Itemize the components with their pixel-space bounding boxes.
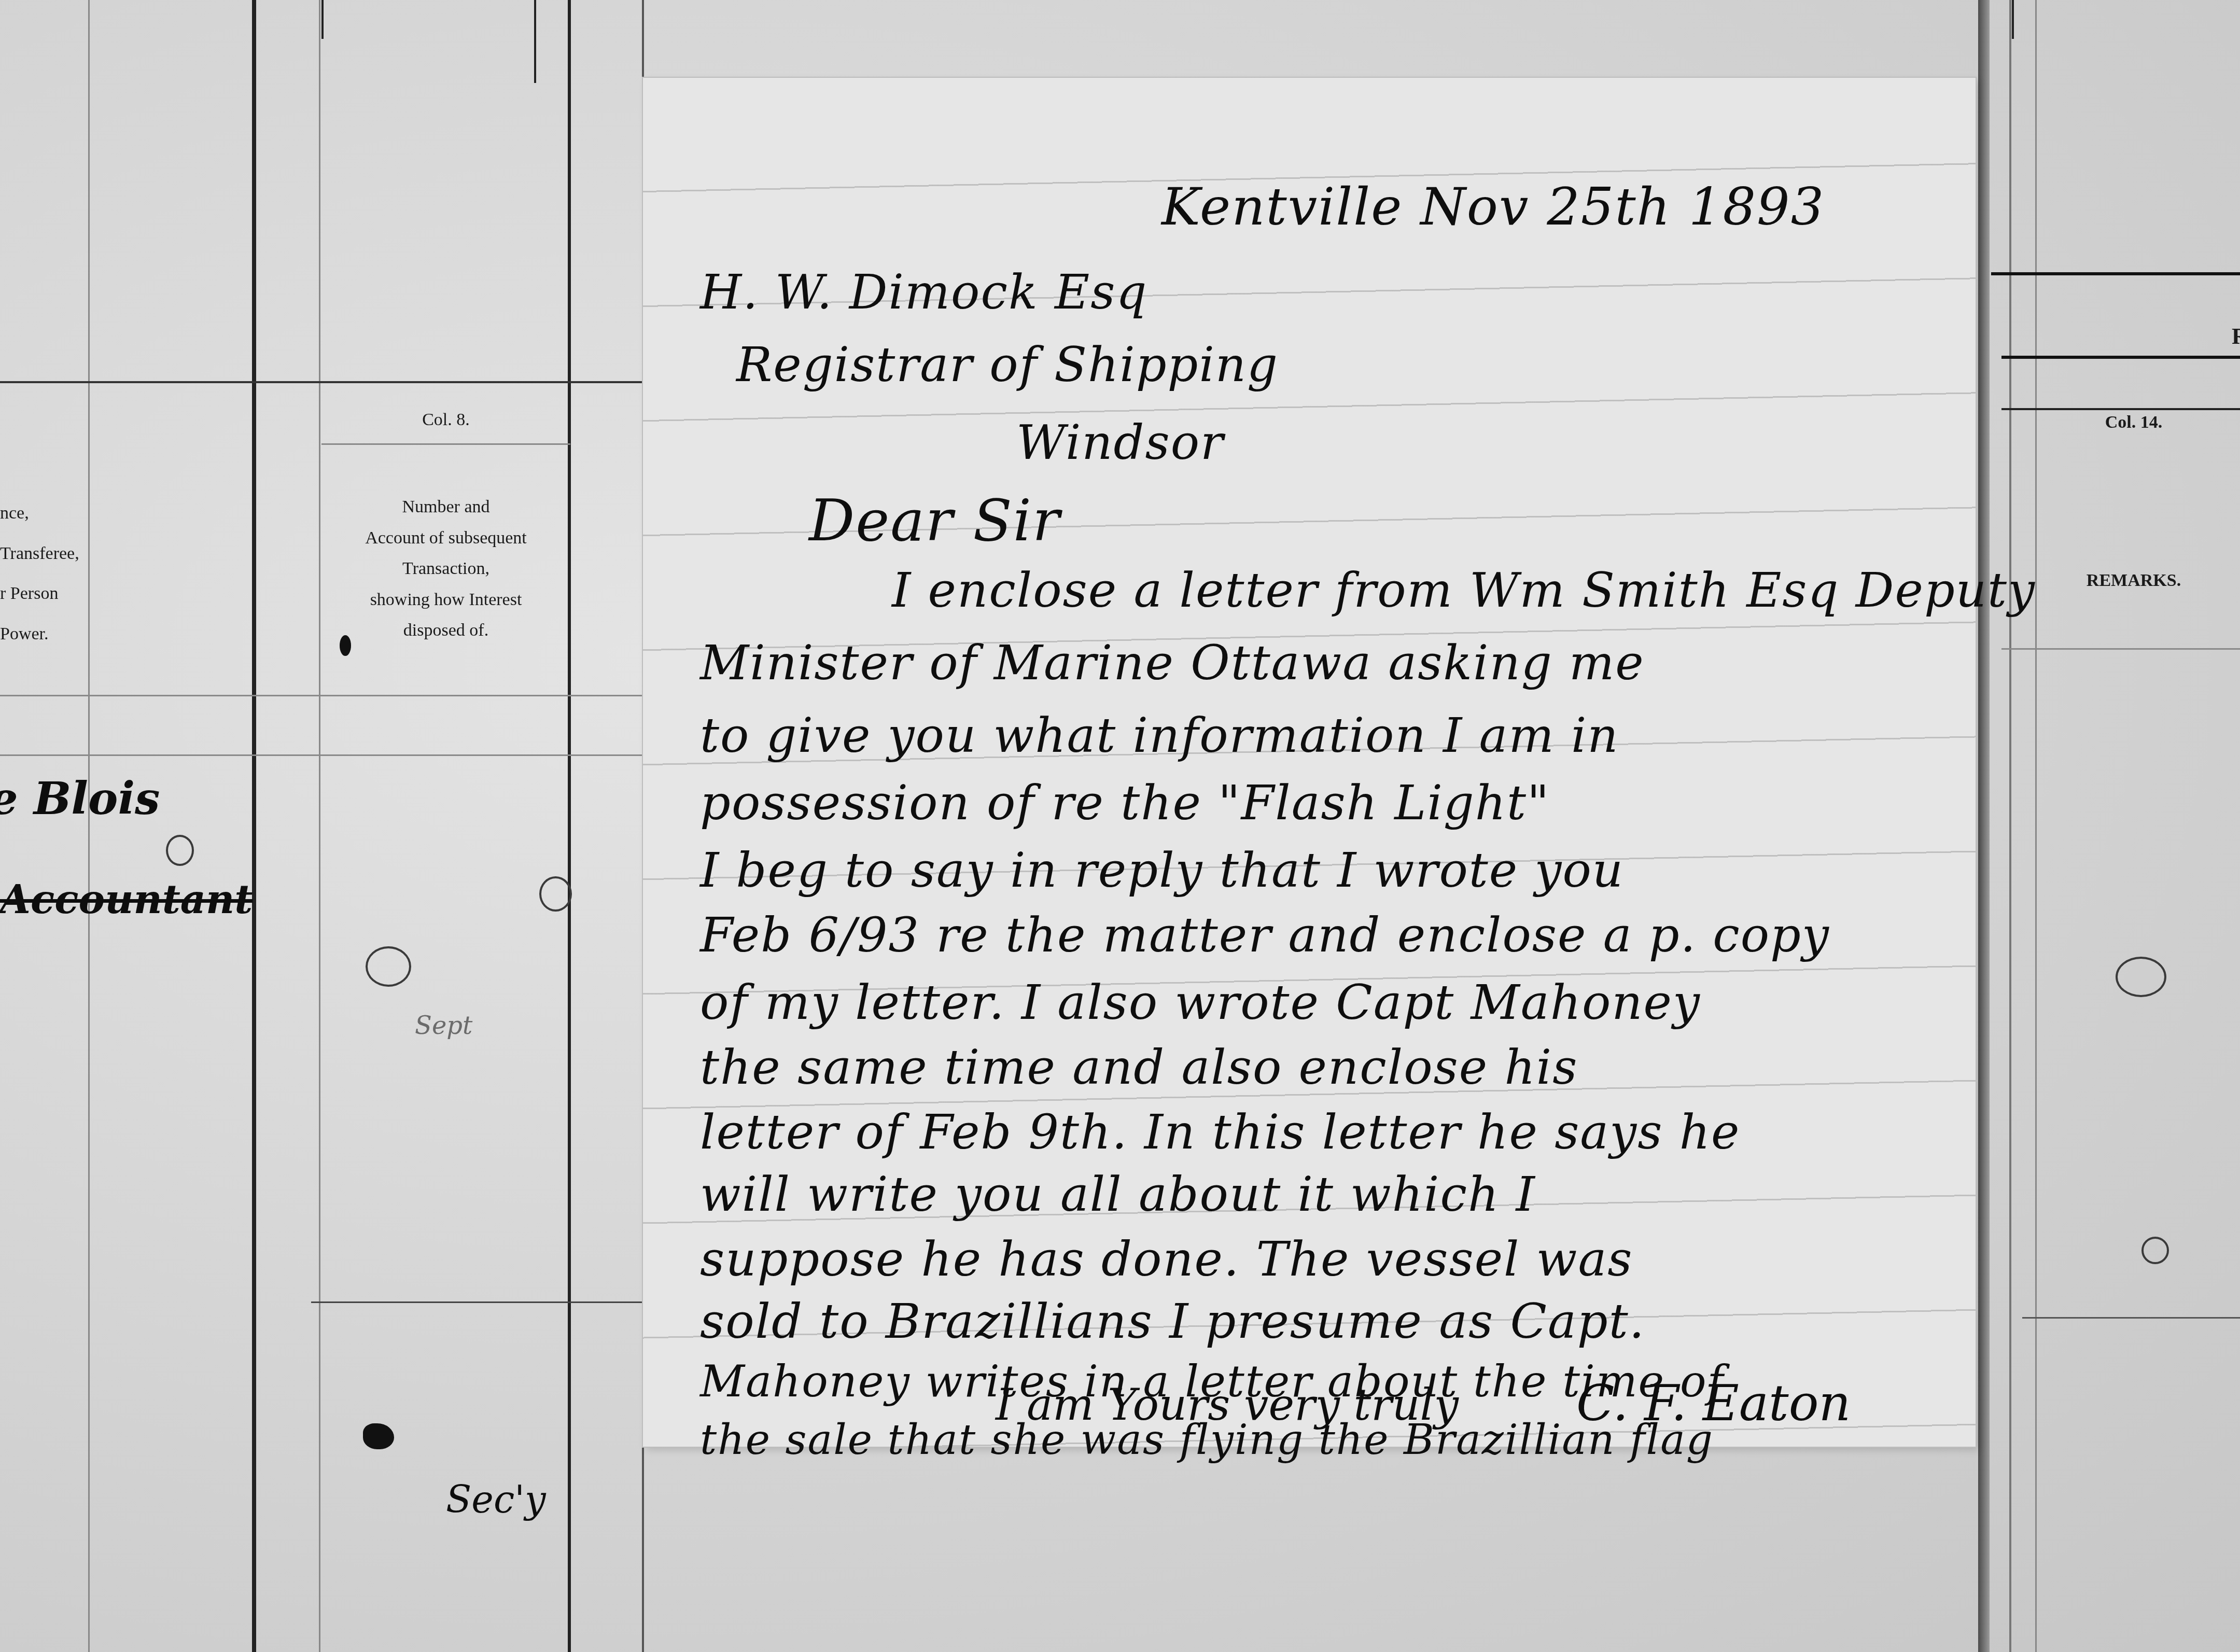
letter-body-line: sold to Brazillians I presume as Capt. (700, 1294, 1645, 1349)
letter-addressee-place: Windsor (1016, 415, 1224, 470)
header-line: Account of subsequent (321, 523, 570, 554)
box-rule (2012, 0, 2014, 39)
ink-spot (340, 635, 351, 656)
letter-body-line: suppose he has done. The vessel was (700, 1231, 1633, 1287)
letter-body-line: to give you what information I am in (700, 708, 1619, 763)
remarks-header: REMARKS. (2035, 565, 2232, 596)
header-fragment: r Person (0, 578, 104, 609)
header-line: showing how Interest (321, 584, 570, 615)
margin-title: Accountant (0, 876, 253, 922)
header-line: Number and (321, 492, 570, 523)
letter-addressee-name: H. W. Dimock Esq (700, 264, 1147, 320)
letter-place-date: Kentville Nov 25th 1893 (1161, 176, 1825, 237)
row-rule (2001, 648, 2240, 650)
column-rule (2035, 0, 2037, 1652)
header-line: Transaction, (321, 553, 570, 584)
column-rule (252, 0, 256, 1652)
left-column-header: nce, Transferee, r Person Power. (0, 498, 104, 649)
column-rule (88, 0, 90, 1652)
letter-signature: C. F. Eaton (1576, 1374, 1851, 1432)
box-rule (534, 0, 536, 83)
col-8-header: Number and Account of subsequent Transac… (321, 492, 570, 646)
header-fragment: Transferee, (0, 538, 104, 569)
letter-body-line: Minister of Marine Ottawa asking me (700, 635, 1645, 691)
partial-header-letter: R (2230, 316, 2240, 356)
margin-faint-note: Sept (415, 1011, 472, 1040)
ink-spot (363, 1423, 394, 1449)
letter-body-line: I beg to say in reply that I wrote you (700, 843, 1624, 898)
margin-name: e Blois (0, 773, 160, 825)
box-rule (321, 0, 324, 39)
ink-ring (2141, 1237, 2169, 1264)
header-rule (2001, 356, 2240, 359)
ink-ring (2116, 957, 2166, 997)
header-fragment: Power. (0, 619, 104, 650)
letter-body-line: of my letter. I also wrote Capt Mahoney (700, 975, 1701, 1030)
ink-ring (539, 876, 572, 912)
header-rule (1991, 272, 2240, 275)
header-line: disposed of. (321, 615, 570, 646)
letter-body-line: possession of re the "Flash Light" (700, 775, 1550, 831)
col-14-number: Col. 14. (2035, 407, 2232, 438)
header-fragment: nce, (0, 498, 104, 529)
handwritten-letter: Kentville Nov 25th 1893 H. W. Dimock Esq… (643, 78, 1976, 1447)
letter-edge-shadow (1978, 0, 1990, 1652)
letter-closing: I am Yours very truly (996, 1379, 1459, 1430)
column-rule (319, 0, 320, 1652)
header-rule (321, 443, 570, 445)
letter-body-line: will write you all about it which I (700, 1167, 1536, 1222)
ink-ring (366, 946, 411, 987)
row-rule (2022, 1317, 2240, 1319)
header-rule (0, 381, 643, 383)
margin-bottom-note: Sec'y (446, 1478, 546, 1521)
row-rule (0, 695, 643, 696)
letter-body-line: Feb 6/93 re the matter and enclose a p. … (700, 907, 1830, 963)
col-8-number: Col. 8. (321, 404, 570, 436)
letter-salutation: Dear Sir (809, 487, 1061, 554)
column-rule (2009, 0, 2011, 1652)
letter-addressee-title: Registrar of Shipping (736, 337, 1279, 393)
letter-body-line: I enclose a letter from Wm Smith Esq Dep… (892, 563, 2036, 618)
column-rule (568, 0, 571, 1652)
letter-body-line: the same time and also enclose his (700, 1040, 1578, 1095)
ink-ring (166, 835, 194, 866)
row-rule (311, 1301, 643, 1303)
letter-body-line: letter of Feb 9th. In this letter he say… (700, 1104, 1740, 1160)
row-rule (0, 754, 643, 756)
